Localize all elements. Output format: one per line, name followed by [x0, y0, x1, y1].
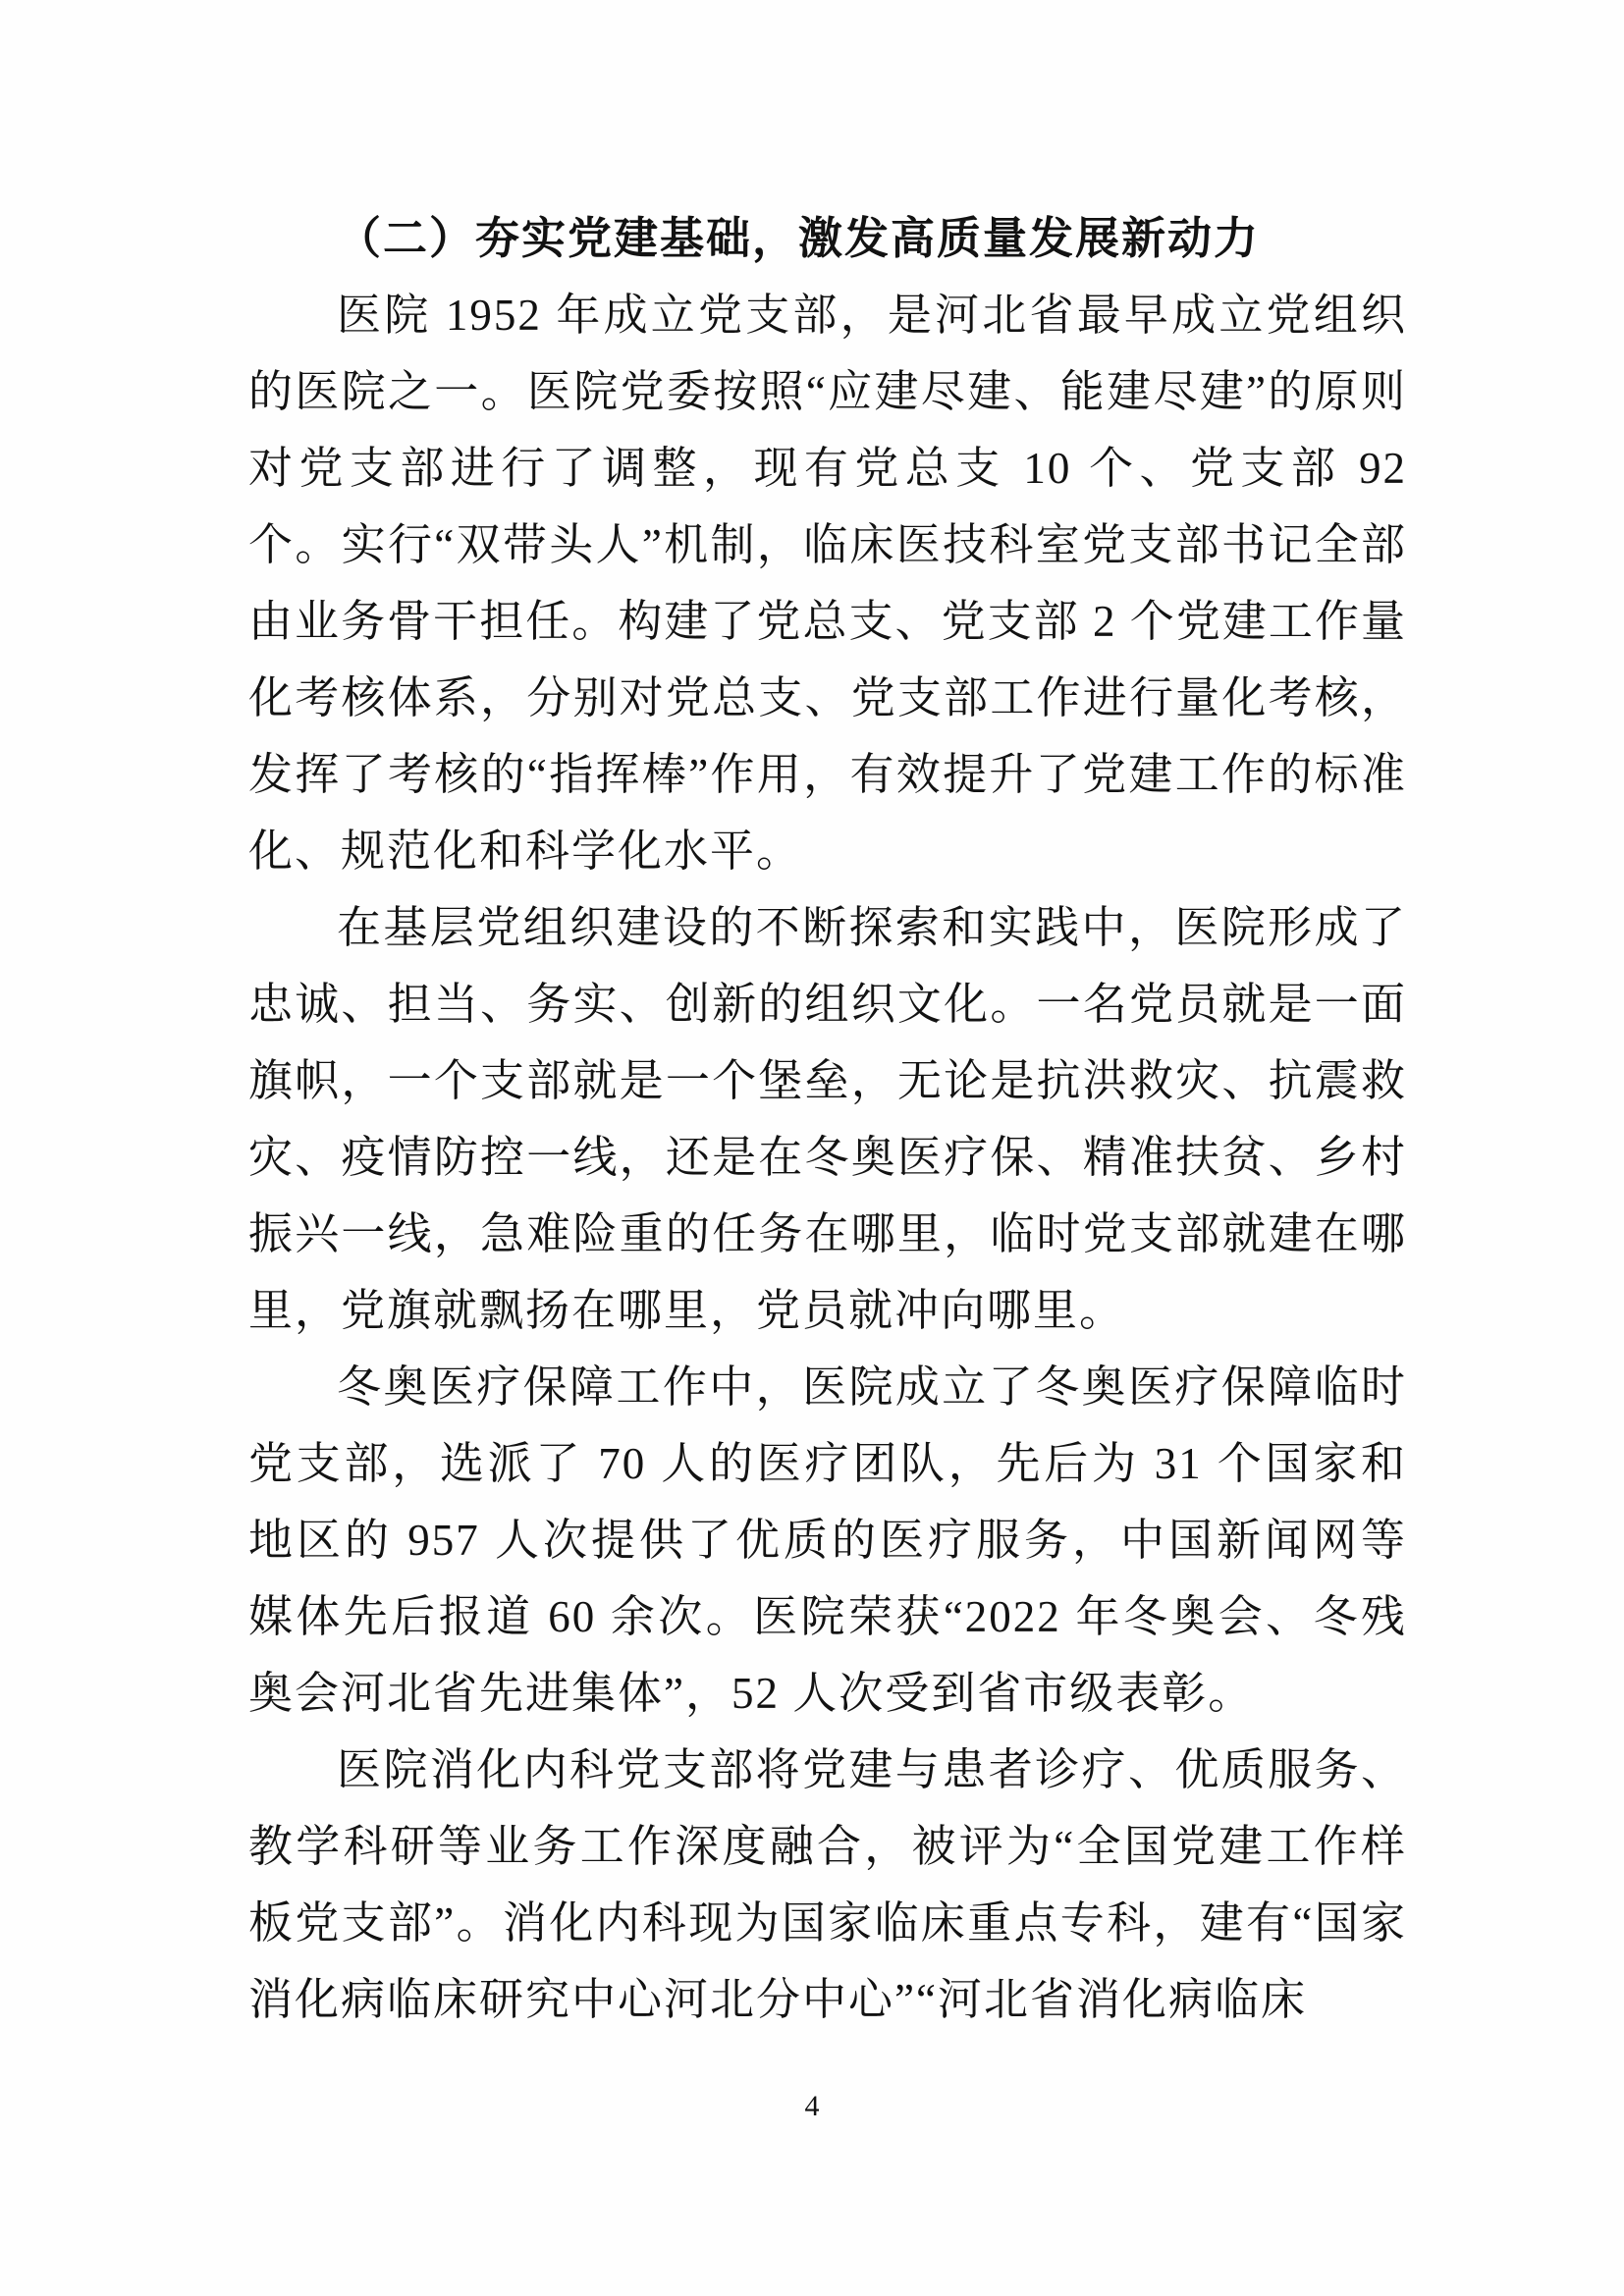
document-body: （二）夯实党建基础，激发高质量发展新动力 医院 1952 年成立党支部，是河北省…	[248, 200, 1407, 2038]
paragraph-gastroenterology: 医院消化内科党支部将党建与患者诊疗、优质服务、教学科研等业务工作深度融合，被评为…	[248, 1732, 1407, 2038]
paragraph-winter-olympics: 冬奥医疗保障工作中，医院成立了冬奥医疗保障临时党支部，选派了 70 人的医疗团队…	[248, 1349, 1407, 1732]
paragraph-party-organization: 医院 1952 年成立党支部，是河北省最早成立党组织的医院之一。医院党委按照“应…	[248, 277, 1407, 889]
page-number: 4	[0, 2087, 1624, 2126]
paragraph-organization-culture: 在基层党组织建设的不断探索和实践中，医院形成了忠诚、担当、务实、创新的组织文化。…	[248, 889, 1407, 1349]
document-page: （二）夯实党建基础，激发高质量发展新动力 医院 1952 年成立党支部，是河北省…	[0, 0, 1624, 2296]
section-heading: （二）夯实党建基础，激发高质量发展新动力	[248, 200, 1407, 277]
